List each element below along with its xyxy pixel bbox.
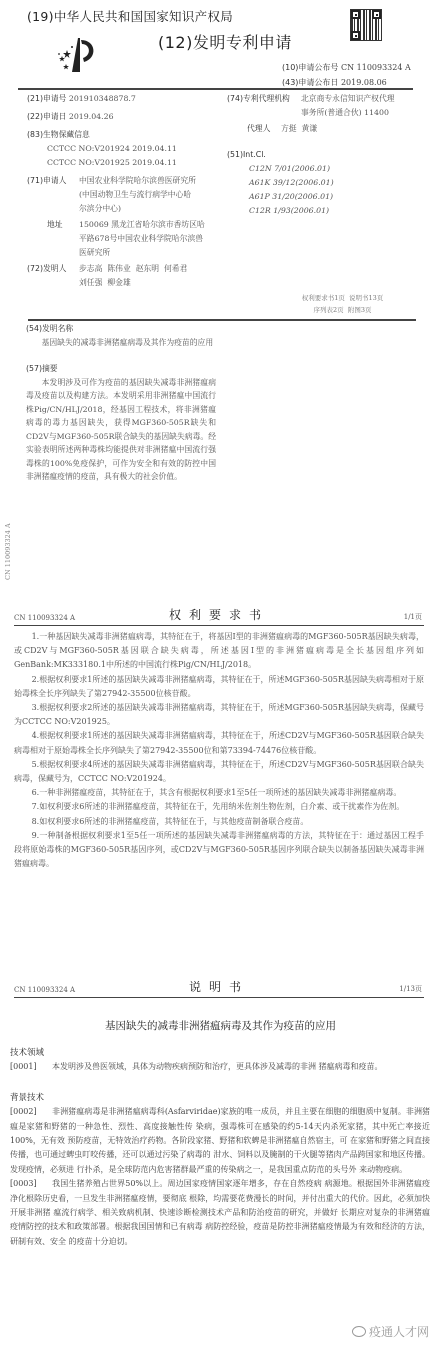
ipc-class: C12R 1/93(2006.01) — [227, 204, 334, 218]
application-number-label: (21)申请号 — [27, 94, 66, 103]
ipc-field: (51)Int.Cl. C12N 7/01(2006.01) A61K 39/1… — [227, 148, 334, 218]
paragraph-text: 本发明涉及兽医领域，具体为动物疾病预防和治疗，更具体涉及减毒的非洲 猪瘟病毒和疫… — [52, 1062, 383, 1071]
publication-number: CN 110093324 A — [341, 63, 411, 72]
agent-names: 方挺 黄谦 — [281, 122, 317, 136]
paragraph: [0003]我国生猪养殖占世界50%以上。周边国家疫情国家逐年增多，存在自然疫病… — [10, 1177, 430, 1249]
document-type: (12)发明专利申请 — [158, 30, 292, 53]
applicant-line: 尔滨分中心) — [79, 202, 196, 216]
claim-item: 1.一种基因缺失减毒非洲猪瘟病毒，其特征在于，将基因I型的非洲猪瘟病毒的MGF3… — [14, 630, 424, 673]
paragraph-number: [0002] — [10, 1105, 52, 1119]
header-divider — [18, 88, 413, 90]
ipc-label: (51)Int.Cl. — [227, 148, 334, 162]
address-label: 地址 — [27, 218, 79, 260]
agency-line: 北京商专永信知识产权代理 — [301, 92, 395, 106]
side-document-number: CN 110093324 A — [4, 523, 12, 580]
publication-number-label: (10)申请公布号 — [282, 63, 338, 72]
address-line: 平路678号中国农业科学院哈尔滨兽 — [79, 232, 205, 246]
filing-date-label: (22)申请日 — [27, 112, 66, 121]
agency-line: 事务所(普通合伙) 11400 — [301, 106, 395, 120]
paragraph-number: [0003] — [10, 1177, 52, 1191]
description-page: CN 110093324 A 说明书 1/13页 基因缺失的减毒非洲猪瘟病毒及其… — [0, 960, 441, 1356]
description-invention-title: 基因缺失的减毒非洲猪瘟病毒及其作为疫苗的应用 — [0, 1018, 441, 1033]
biodeposit-entry: CCTCC NO:V201925 2019.04.11 — [27, 156, 177, 170]
page-count-line: 权利要求书1页 说明书13页 — [270, 292, 415, 304]
address-line: 150069 黑龙江省哈尔滨市香坊区哈 — [79, 218, 205, 232]
claim-item: 4.根据权利要求1所述的基因缺失减毒非洲猪瘟病毒，其特征在于，所述CD2V与MG… — [14, 729, 424, 757]
paragraph-number: [0001] — [10, 1060, 52, 1074]
wechat-icon — [352, 1326, 366, 1337]
section-title: 权利要求书 — [14, 606, 424, 623]
invention-title-label: (54)发明名称 — [26, 322, 216, 336]
inventor-line: 刘任强 柳金雄 — [79, 276, 187, 290]
page-number: 1/1页 — [404, 612, 422, 622]
description-running-header: CN 110093324 A 说明书 1/13页 — [14, 980, 424, 998]
ipc-class: A61P 31/20(2006.01) — [227, 190, 334, 204]
claim-item: 7.如权利要求6所述的非洲猪瘟疫苗，其特征在于，先用纳米佐剂生物佐剂，白介素、或… — [14, 800, 424, 814]
claims-list: 1.一种基因缺失减毒非洲猪瘟病毒，其特征在于，将基因I型的非洲猪瘟病毒的MGF3… — [14, 630, 424, 871]
invention-title: 基因缺失的减毒非洲猪瘟病毒及其作为疫苗的应用 — [26, 336, 216, 350]
ipc-class: C12N 7/01(2006.01) — [227, 162, 334, 176]
patent-cover-page: (19)中华人民共和国国家知识产权局 (12)发明专利申请 (10)申请公布号 … — [0, 0, 441, 580]
paragraph: [0001]本发明涉及兽医领域，具体为动物疾病预防和治疗，更具体涉及减毒的非洲 … — [10, 1060, 430, 1074]
application-number-field: (21)申请号 201910348878.7 — [27, 92, 136, 106]
address-line: 医研究所 — [79, 246, 205, 260]
publication-date: 2019.08.06 — [341, 78, 387, 87]
biodeposit-field: (83)生物保藏信息 CCTCC NO:V201924 2019.04.11 C… — [27, 128, 177, 170]
publication-info: (10)申请公布号 CN 110093324 A (43)申请公布日 2019.… — [282, 60, 411, 90]
page-count-line: 序列表2页 附图3页 — [270, 304, 415, 316]
claim-item: 6.一种非洲猪瘟疫苗，其特征在于，其含有根据权利要求1至5任一项所述的基因缺失减… — [14, 786, 424, 800]
agency-label: (74)专利代理机构 — [227, 92, 301, 120]
inventor-label: (72)发明人 — [27, 262, 79, 290]
issuing-office: (19)中华人民共和国国家知识产权局 — [27, 7, 233, 25]
ipc-class: A61K 39/12(2006.01) — [227, 176, 334, 190]
claim-item: 5.根据权利要求4所述的基因缺失减毒非洲猪瘟病毒，其特征在于，所述CD2V与MG… — [14, 758, 424, 786]
invention-title-block: (54)发明名称 基因缺失的减毒非洲猪瘟病毒及其作为疫苗的应用 — [26, 322, 216, 349]
watermark-text: 疫通人才网 — [369, 1323, 429, 1340]
abstract-label: (57)摘要 — [26, 362, 216, 376]
section-title: 说明书 — [14, 978, 424, 995]
page-number: 1/13页 — [399, 984, 422, 994]
page-count-info: 权利要求书1页 说明书13页 序列表2页 附图3页 — [270, 292, 415, 316]
claim-item: 2.根据权利要求1所述的基因缺失减毒非洲猪瘟病毒，其特征在于，所述MGF360-… — [14, 673, 424, 701]
agency-field: (74)专利代理机构 北京商专永信知识产权代理 事务所(普通合伙) 11400 … — [227, 92, 427, 136]
claim-item: 9.一种制备根据权利要求1至5任一项所述的基因缺失减毒非洲猪瘟病毒的方法，其特征… — [14, 829, 424, 872]
abstract-block: (57)摘要 本发明涉及可作为疫苗的基因缺失减毒非洲猪瘟病毒及疫苗以及构建方法。… — [26, 362, 216, 484]
watermark: 疫通人才网 — [352, 1323, 429, 1340]
filing-date-field: (22)申请日 2019.04.26 — [27, 110, 114, 124]
agent-label: 代理人 — [227, 122, 281, 136]
paragraph-text: 我国生猪养殖占世界50%以上。周边国家疫情国家逐年增多，存在自然疫病 病源地。根… — [10, 1179, 430, 1246]
paragraph: [0002]非洲猪瘟病毒是非洲猪瘟病毒科(Asfarviridae)家族的唯一成… — [10, 1105, 430, 1177]
paragraph-text: 非洲猪瘟病毒是非洲猪瘟病毒科(Asfarviridae)家族的唯一成员，并且主要… — [10, 1107, 430, 1174]
abstract-text: 本发明涉及可作为疫苗的基因缺失减毒非洲猪瘟病毒及疫苗以及构建方法。本发明采用非洲… — [26, 376, 216, 484]
biodeposit-label: (83)生物保藏信息 — [27, 128, 177, 142]
section-heading: 技术领域 — [10, 1046, 430, 1060]
qr-code-icon — [350, 9, 382, 41]
biodeposit-entry: CCTCC NO:V201924 2019.04.11 — [27, 142, 177, 156]
claims-page: CN 110093324 A 权利要求书 1/1页 1.一种基因缺失减毒非洲猪瘟… — [0, 580, 441, 960]
claims-running-header: CN 110093324 A 权利要求书 1/1页 — [14, 608, 424, 626]
description-body: 技术领域 [0001]本发明涉及兽医领域，具体为动物疾病预防和治疗，更具体涉及减… — [10, 1046, 430, 1249]
application-number: 201910348878.7 — [69, 94, 136, 103]
claim-item: 8.如权利要求6所述的非洲猪瘟疫苗，其特征在于，与其他疫苗制备联合疫苗。 — [14, 815, 424, 829]
section-heading: 背景技术 — [10, 1091, 430, 1105]
applicant-line: 中国农业科学院哈尔滨兽医研究所 — [79, 174, 196, 188]
abstract-divider — [28, 319, 416, 321]
applicant-line: (中国动物卫生与流行病学中心哈 — [79, 188, 196, 202]
applicant-label: (71)申请人 — [27, 174, 79, 216]
cnipa-logo-icon — [52, 36, 102, 74]
claim-item: 3.根据权利要求2所述的基因缺失减毒非洲猪瘟病毒，其特征在于，所述MGF360-… — [14, 701, 424, 729]
filing-date: 2019.04.26 — [69, 112, 114, 121]
applicant-field: (71)申请人 中国农业科学院哈尔滨兽医研究所 (中国动物卫生与流行病学中心哈 … — [27, 174, 227, 290]
publication-date-label: (43)申请公布日 — [282, 78, 338, 87]
inventor-line: 步志高 陈伟业 赵东明 何希君 — [79, 262, 187, 276]
